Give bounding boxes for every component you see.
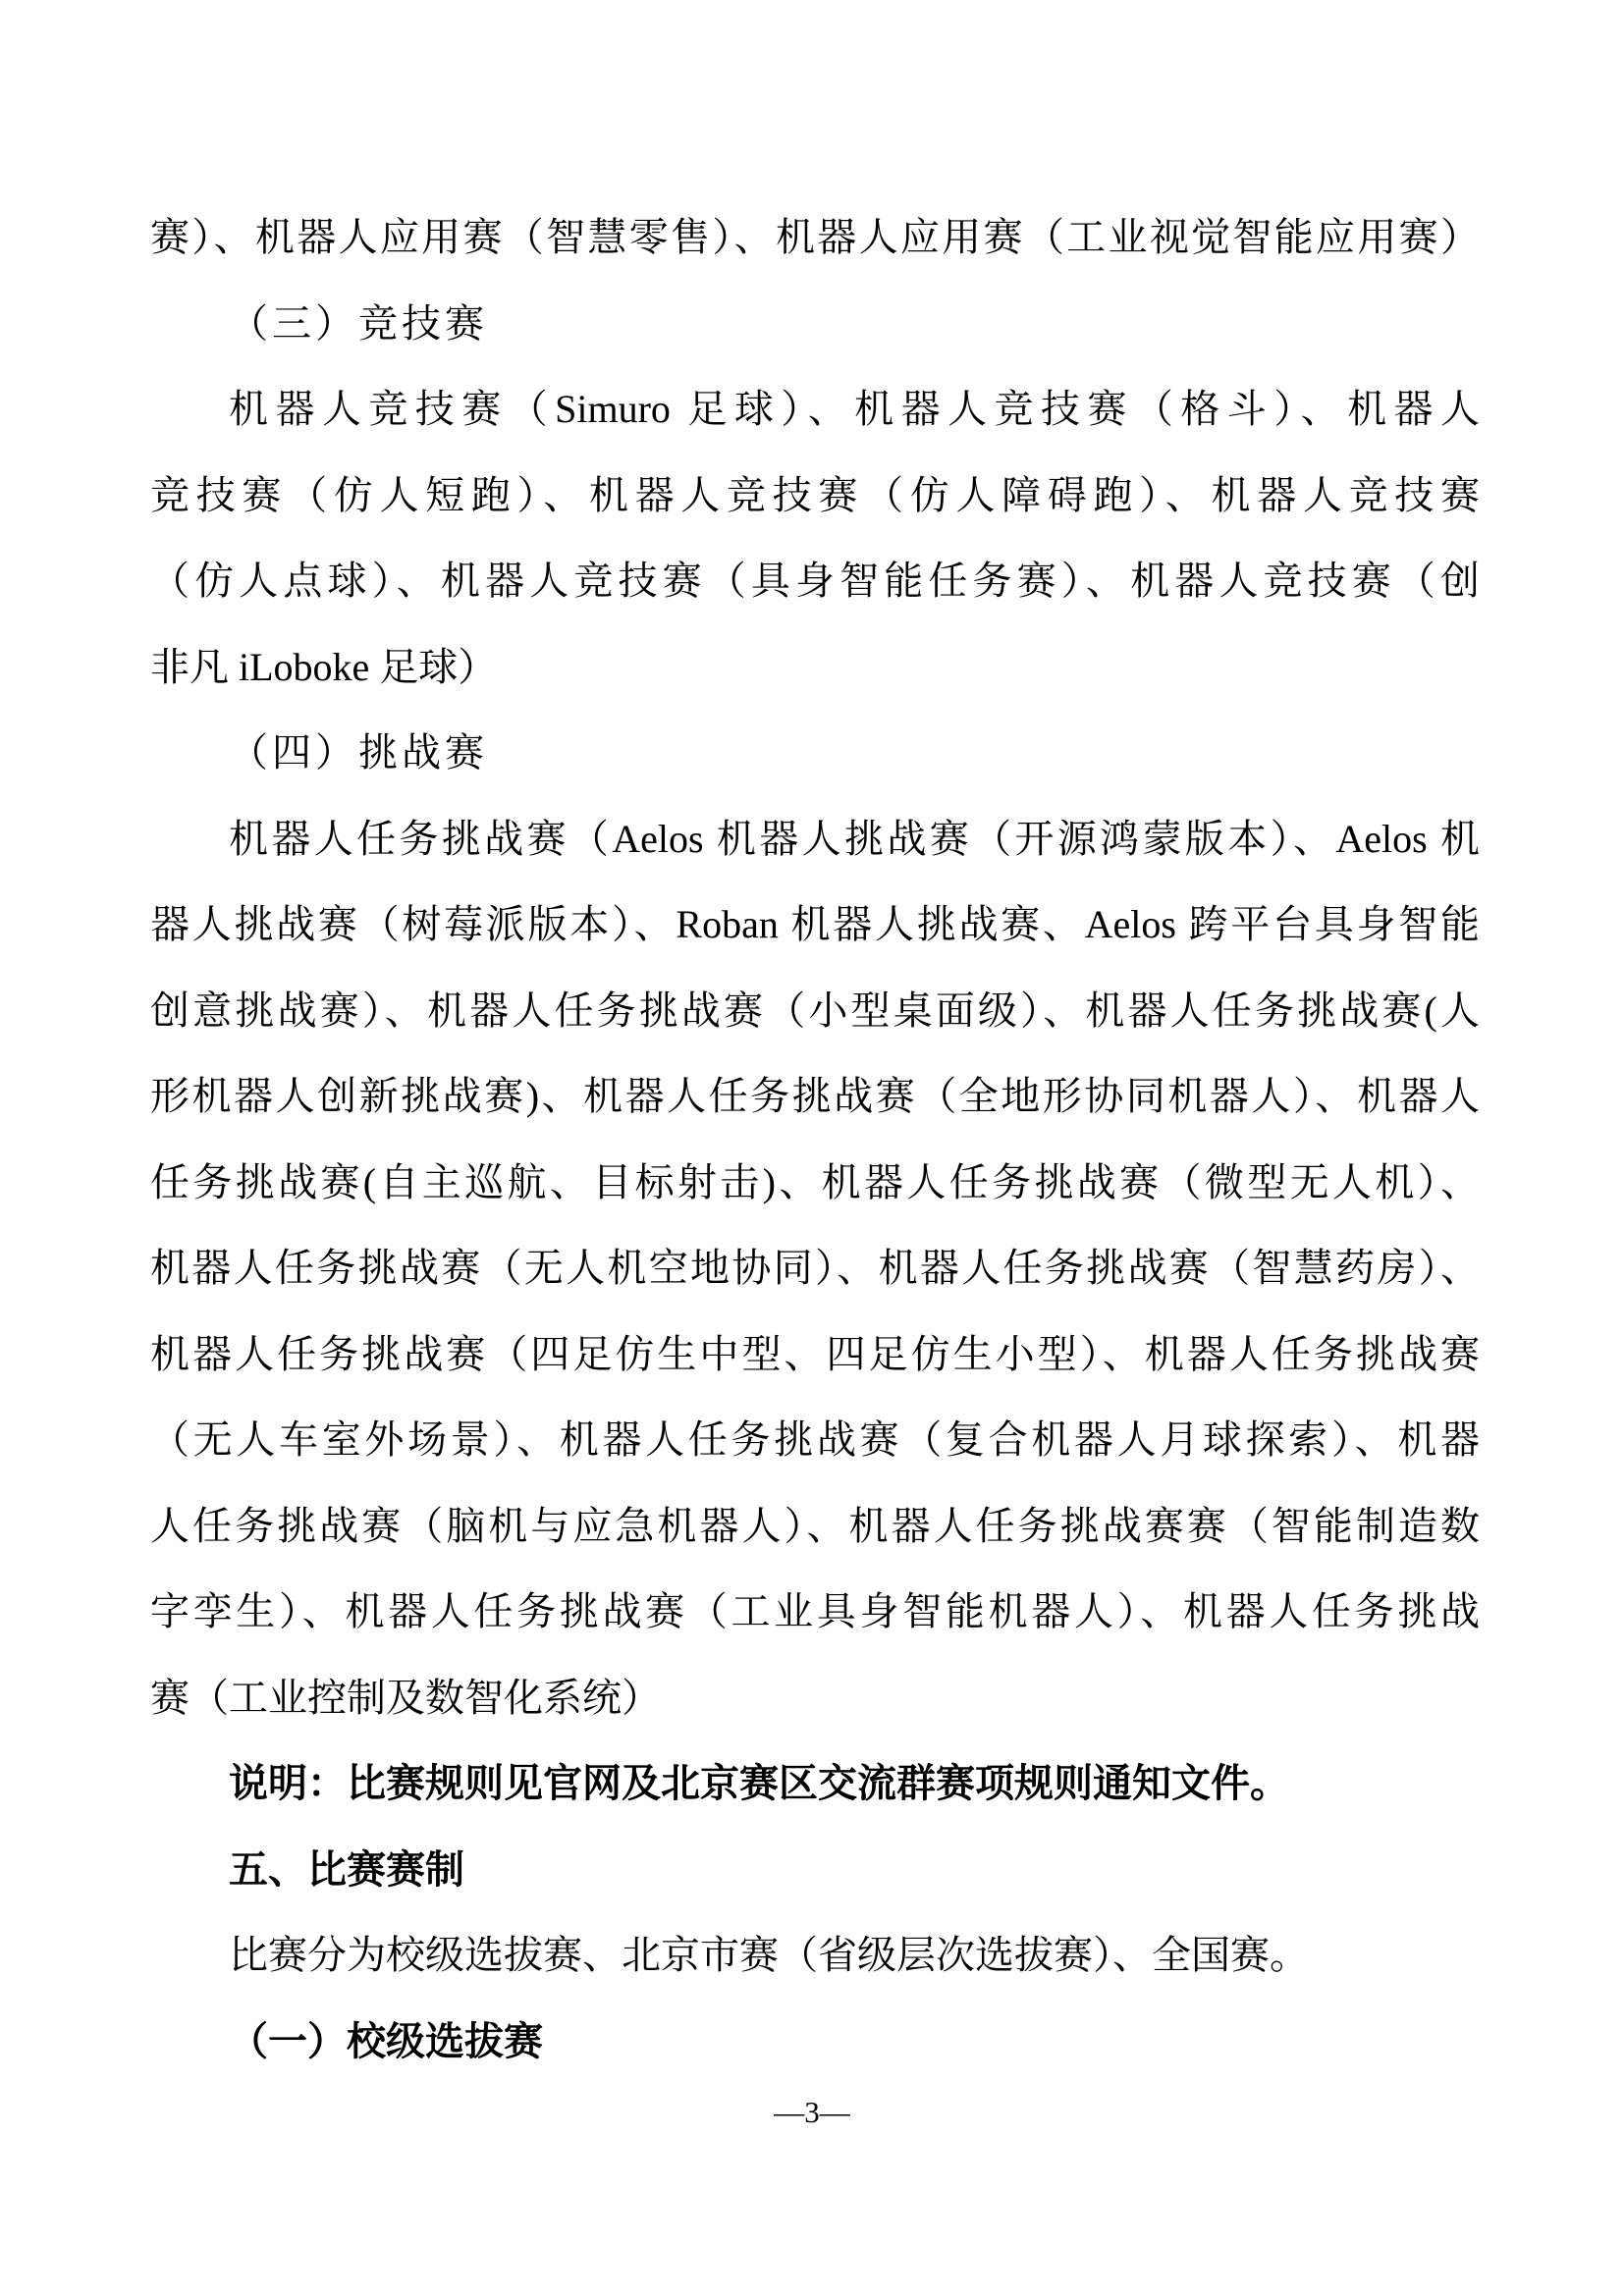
para-challenge-line-9: 人任务挑战赛（脑机与应急机器人）、机器人任务挑战赛赛（智能制造数 bbox=[150, 1483, 1480, 1570]
heading-section-4-challenge: （四）挑战赛 bbox=[150, 710, 1480, 796]
para-challenge-line-5: 任务挑战赛(自主巡航、目标射击)、机器人任务挑战赛（微型无人机）、 bbox=[150, 1140, 1480, 1226]
para-application-continuation: 赛）、机器人应用赛（智慧零售）、机器人应用赛（工业视觉智能应用赛） bbox=[150, 194, 1480, 281]
page-number: —3— bbox=[0, 2083, 1624, 2142]
para-competitive-line-4: 非凡 iLoboke 足球） bbox=[150, 624, 1480, 711]
heading-subsection-1-school-selection: （一）校级选拔赛 bbox=[150, 1999, 1480, 2085]
para-competitive-line-2: 竞技赛（仿人短跑）、机器人竞技赛（仿人障碍跑）、机器人竞技赛 bbox=[150, 453, 1480, 539]
para-challenge-line-7: 机器人任务挑战赛（四足仿生中型、四足仿生小型）、机器人任务挑战赛 bbox=[150, 1311, 1480, 1398]
document-body: 赛）、机器人应用赛（智慧零售）、机器人应用赛（工业视觉智能应用赛） （三）竞技赛… bbox=[150, 194, 1480, 2084]
para-challenge-line-6: 机器人任务挑战赛（无人机空地协同）、机器人任务挑战赛（智慧药房）、 bbox=[150, 1225, 1480, 1311]
para-competitive-line-3: （仿人点球）、机器人竞技赛（具身智能任务赛）、机器人竞技赛（创 bbox=[150, 538, 1480, 624]
note-rules: 说明：比赛规则见官网及北京赛区交流群赛项规则通知文件。 bbox=[150, 1740, 1480, 1827]
heading-section-5-format: 五、比赛赛制 bbox=[150, 1827, 1480, 1913]
para-challenge-line-10: 字孪生）、机器人任务挑战赛（工业具身智能机器人）、机器人任务挑战 bbox=[150, 1569, 1480, 1655]
para-competitive-line-1: 机器人竞技赛（Simuro 足球）、机器人竞技赛（格斗）、机器人 bbox=[150, 366, 1480, 453]
document-page: 赛）、机器人应用赛（智慧零售）、机器人应用赛（工业视觉智能应用赛） （三）竞技赛… bbox=[0, 0, 1624, 2296]
para-challenge-line-11: 赛（工业控制及数智化系统） bbox=[150, 1655, 1480, 1741]
para-challenge-line-8: （无人车室外场景）、机器人任务挑战赛（复合机器人月球探索）、机器 bbox=[150, 1397, 1480, 1483]
heading-section-3-competitive: （三）竞技赛 bbox=[150, 281, 1480, 367]
para-format: 比赛分为校级选拔赛、北京市赛（省级层次选拔赛）、全国赛。 bbox=[150, 1912, 1480, 1999]
para-challenge-line-2: 器人挑战赛（树莓派版本）、Roban 机器人挑战赛、Aelos 跨平台具身智能 bbox=[150, 881, 1480, 968]
para-challenge-line-3: 创意挑战赛）、机器人任务挑战赛（小型桌面级）、机器人任务挑战赛(人 bbox=[150, 968, 1480, 1054]
para-challenge-line-1: 机器人任务挑战赛（Aelos 机器人挑战赛（开源鸿蒙版本）、Aelos 机 bbox=[150, 796, 1480, 882]
para-challenge-line-4: 形机器人创新挑战赛)、机器人任务挑战赛（全地形协同机器人）、机器人 bbox=[150, 1053, 1480, 1140]
